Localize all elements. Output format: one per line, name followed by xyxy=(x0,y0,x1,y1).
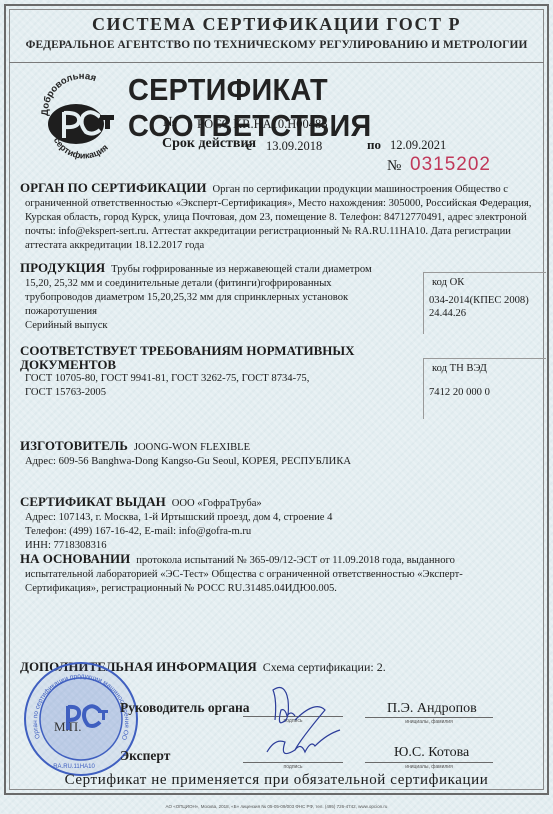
valid-from-date: 13.09.2018 xyxy=(266,139,322,154)
agency-heading: ФЕДЕРАЛЬНОЕ АГЕНТСТВО ПО ТЕХНИЧЕСКОМУ РЕ… xyxy=(0,39,553,51)
basis-text: испытательной лабораторией «ЭС-Тест» Общ… xyxy=(20,568,532,596)
product-line: Серийный выпуск xyxy=(20,319,400,333)
okpd-code-line: 034-2014(КПЕС 2008) xyxy=(429,294,546,307)
compliance-line: ГОСТ 10705-80, ГОСТ 9941-81, ГОСТ 3262-7… xyxy=(20,372,420,386)
product-heading: ПРОДУКЦИЯ xyxy=(20,260,105,275)
compliance-line: ГОСТ 15763-2005 xyxy=(20,386,420,400)
manufacturer-name: JOONG-WON FLEXIBLE xyxy=(134,442,250,453)
validity-label: Срок действия xyxy=(162,136,256,152)
valid-from-label: с xyxy=(246,138,252,154)
valid-to-date: 12.09.2021 xyxy=(390,138,446,153)
handwritten-signatures-icon xyxy=(255,680,355,770)
additional-info-text: Схема сертификации: 2. xyxy=(263,660,386,674)
certification-body-text: ограниченной ответственностью «Эксперт-С… xyxy=(20,197,532,253)
head-name-line xyxy=(365,717,493,718)
registration-number: РОСС KR.НА10.Н00485 xyxy=(197,117,328,132)
basis-heading: НА ОСНОВАНИИ xyxy=(20,551,130,566)
okpd-code-box: код ОК 034-2014(КПЕС 2008) 24.44.26 xyxy=(423,272,546,334)
certification-body-text-first: Орган по сертификации продукции машиност… xyxy=(213,184,508,195)
okpd-code-line: 24.44.26 xyxy=(429,307,546,320)
certification-body-heading: ОРГАН ПО СЕРТИФИКАЦИИ xyxy=(20,180,207,195)
gost-r-logo-icon: Добровольная сертификация xyxy=(30,70,130,170)
issued-to-name: ООО «ГофраТруба» xyxy=(172,498,262,509)
product-line: 15,20, 25,32 мм и соединительные детали … xyxy=(20,277,400,291)
expert-name-line xyxy=(365,762,493,763)
manufacturer-heading: ИЗГОТОВИТЕЛЬ xyxy=(20,438,128,453)
compliance-heading: СООТВЕТСТВУЕТ ТРЕБОВАНИЯМ НОРМАТИВНЫХ ДО… xyxy=(20,344,414,372)
head-label: Руководитель органа xyxy=(120,700,250,716)
printer-info: АО «ОПЦИОН», Москва, 2018, «Б» лицензия … xyxy=(0,804,553,809)
certificate-title: СЕРТИФИКАТ СООТВЕТСТВИЯ xyxy=(128,72,523,144)
tnved-code-label: код ТН ВЭД xyxy=(432,362,546,375)
serial-number-label: № xyxy=(387,158,401,175)
serial-number: 0315202 xyxy=(410,154,491,176)
product-line: пожаротушения xyxy=(20,305,400,319)
registration-number-label: № xyxy=(163,115,177,131)
manufacturer-section: ИЗГОТОВИТЕЛЬJOONG-WON FLEXIBLE Адрес: 60… xyxy=(20,439,532,469)
head-name-caption: инициалы, фамилия xyxy=(365,719,493,725)
expert-name-caption: инициалы, фамилия xyxy=(365,764,493,770)
expert-label: Эксперт xyxy=(120,748,170,764)
manufacturer-address: Адрес: 609-56 Banghwa-Dong Kangso-Gu Seo… xyxy=(20,455,532,469)
stamp-reg: RA.RU.11НА10 xyxy=(53,764,95,770)
okpd-code-label: код ОК xyxy=(432,276,546,289)
certification-body-section: ОРГАН ПО СЕРТИФИКАЦИИОрган по сертификац… xyxy=(20,181,532,253)
product-section: ПРОДУКЦИЯТрубы гофрированные из нержавею… xyxy=(20,261,400,333)
issued-to-line: Телефон: (499) 167-16-42, E-mail: info@g… xyxy=(20,525,532,539)
valid-to-label: по xyxy=(367,137,381,153)
compliance-section: СООТВЕТСТВУЕТ ТРЕБОВАНИЯМ НОРМАТИВНЫХ ДО… xyxy=(20,344,420,400)
product-line: трубопроводов диаметром 15,20,25,32 мм д… xyxy=(20,291,400,305)
issued-to-heading: СЕРТИФИКАТ ВЫДАН xyxy=(20,494,166,509)
basis-text-first: протокола испытаний № 365-09/12-ЭСТ от 1… xyxy=(136,555,455,566)
system-heading: СИСТЕМА СЕРТИФИКАЦИИ ГОСТ Р xyxy=(0,14,553,35)
tnved-code: 7412 20 000 0 xyxy=(429,386,546,399)
tnved-code-box: код ТН ВЭД 7412 20 000 0 xyxy=(423,358,546,419)
footer-note: Сертификат не применяется при обязательн… xyxy=(0,772,553,789)
product-text-first: Трубы гофрированные из нержавеющей стали… xyxy=(111,264,372,275)
issued-to-section: СЕРТИФИКАТ ВЫДАНООО «ГофраТруба» Адрес: … xyxy=(20,495,532,553)
issued-to-line: Адрес: 107143, г. Москва, 1-й Иртышский … xyxy=(20,511,532,525)
head-name: П.Э. Андропов xyxy=(387,701,477,717)
stamp-label: М.П. xyxy=(54,719,81,735)
expert-name: Ю.С. Котова xyxy=(394,745,469,761)
basis-section: НА ОСНОВАНИИпротокола испытаний № 365-09… xyxy=(20,552,532,596)
header-divider xyxy=(9,62,544,63)
